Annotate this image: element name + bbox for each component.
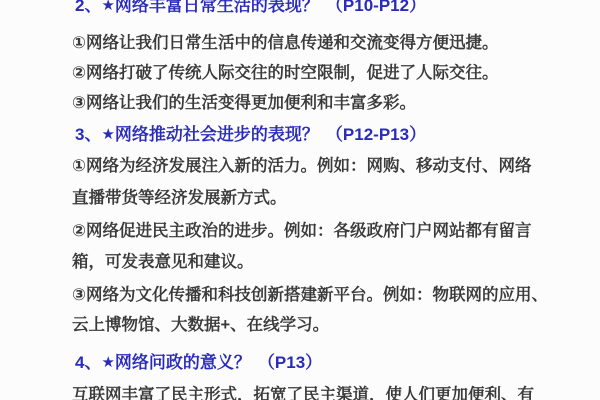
- answer-line: 互联网丰富了民主形式，拓宽了民主渠道，使人们更加便利、有: [72, 385, 534, 400]
- answer-line: 云上博物馆、大数据+、在线学习。: [72, 315, 329, 335]
- answer-line: ②网络促进民主政治的进步。例如：各级政府门户网站都有留言: [72, 221, 531, 241]
- question-title: 网络问政的意义？: [115, 353, 251, 372]
- answer-line: ③网络让我们的生活变得更加便利和丰富多彩。: [72, 93, 416, 113]
- answer-line: ③网络为文化传播和科技创新搭建新平台。例如：物联网的应用、: [72, 285, 548, 305]
- answer-line: ①网络为经济发展注入新的活力。例如：网购、移动支付、网络: [72, 156, 531, 176]
- question-number: 4、: [75, 353, 101, 372]
- question-heading-4: 4、★网络问政的意义？（P13）: [75, 352, 322, 374]
- question-heading-3: 3、★网络推动社会进步的表现？（P12-P13）: [75, 124, 426, 146]
- star-icon: ★: [101, 124, 114, 145]
- answer-line: 箱，可发表意见和建议。: [72, 252, 254, 272]
- page-reference: （P10-P12）: [326, 0, 426, 15]
- question-number: 3、: [75, 125, 101, 144]
- page-reference: （P12-P13）: [326, 125, 426, 144]
- page-reference: （P13）: [258, 353, 322, 372]
- answer-line: ②网络打破了传统人际交往的时空限制，促进了人际交往。: [72, 63, 498, 83]
- question-heading-2: 2、★网络丰富日常生活的表现？（P10-P12）: [75, 0, 426, 17]
- answer-line: ①网络让我们日常生活中的信息传递和交流变得方便迅捷。: [72, 33, 498, 53]
- star-icon: ★: [101, 0, 114, 16]
- document-page: 2、★网络丰富日常生活的表现？（P10-P12） ①网络让我们日常生活中的信息传…: [0, 0, 600, 400]
- answer-line: 直播带货等经济发展新方式。: [72, 188, 287, 208]
- question-title: 网络推动社会进步的表现？: [115, 125, 319, 144]
- question-number: 2、: [75, 0, 101, 15]
- star-icon: ★: [101, 352, 114, 373]
- question-title: 网络丰富日常生活的表现？: [115, 0, 319, 15]
